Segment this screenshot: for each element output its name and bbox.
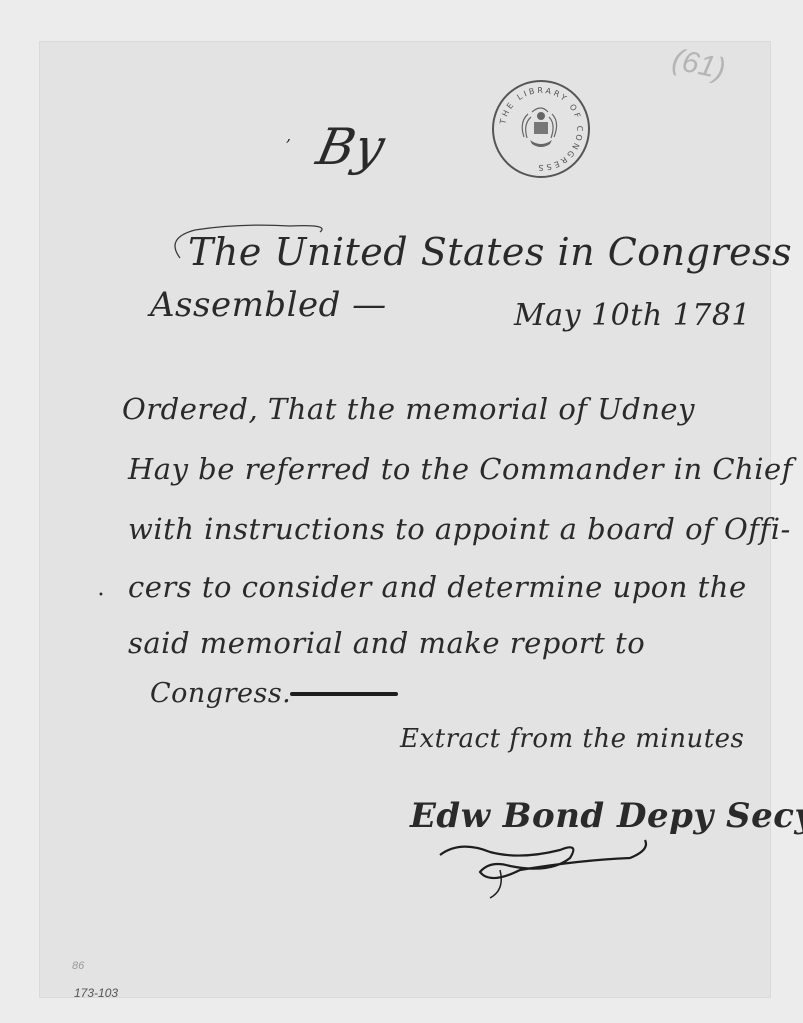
body-line-1: Ordered, That the memorial of Udney — [122, 392, 695, 426]
heading-date: May 10th 1781 — [514, 298, 751, 333]
library-of-congress-seal: THE LIBRARY OF CONGRESS — [492, 80, 590, 178]
eagle-seal-icon: THE LIBRARY OF CONGRESS — [494, 82, 588, 176]
body-line-5: said memorial and make report to — [128, 626, 645, 660]
comma-mark: , — [286, 126, 292, 145]
heading-line1: The United States in Congress — [188, 230, 792, 274]
archive-mark-small: 86 — [72, 960, 84, 972]
heading-by: By — [312, 118, 390, 176]
heading-line2: Assembled — — [150, 285, 387, 325]
body-line-2: Hay be referred to the Commander in Chie… — [128, 452, 793, 486]
archive-reference: 173-103 — [74, 986, 118, 1000]
body-line-3: with instructions to appoint a board of … — [128, 512, 791, 546]
closing-dash — [290, 692, 398, 696]
signature-flourish — [430, 830, 670, 900]
body-line-4: cers to consider and determine upon the — [128, 570, 747, 604]
extract-line: Extract from the minutes — [400, 724, 744, 754]
ink-dot: • — [98, 590, 104, 601]
